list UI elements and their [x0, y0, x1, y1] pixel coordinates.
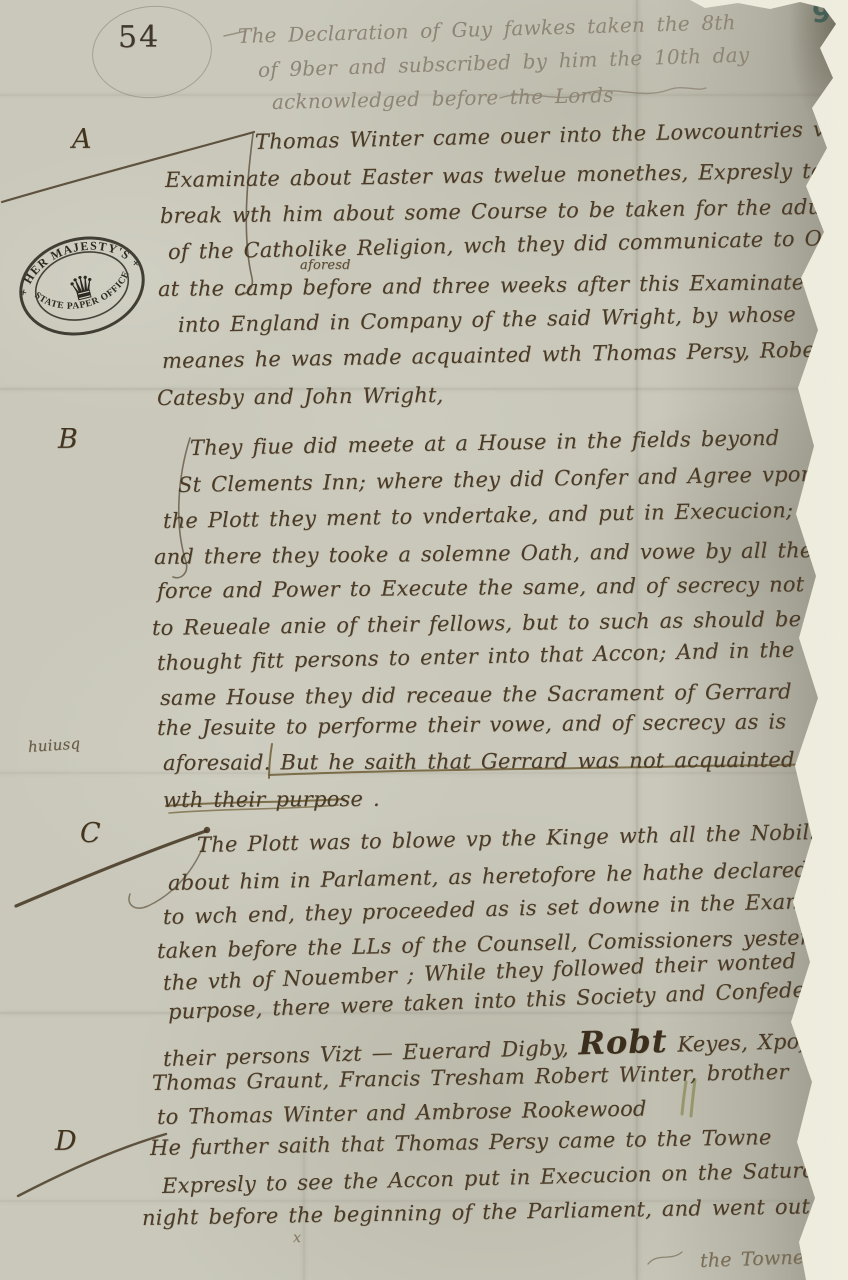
manuscript-line: They fiue did meete at a House in the fi…: [190, 426, 780, 460]
manuscript-line: wth their purpose .: [163, 787, 380, 812]
manuscript-line: He further saith that Thomas Persy came …: [150, 1125, 772, 1160]
manuscript-line: Examinate about Easter was twelue moneth…: [165, 159, 824, 192]
manuscript-line: meanes he was made acquainted wth Thomas…: [162, 337, 834, 373]
margin-letter-b: B: [58, 424, 78, 455]
manuscript-line: Catesby and John Wright,: [157, 383, 444, 410]
paper-sheet: 54 90 The Declaration of Guy fawkes take…: [0, 0, 848, 1280]
docket-header-line: of 9ber and subscribed by him the 10th d…: [258, 43, 750, 82]
manuscript-line: to wch end, they proceeded as is set dow…: [163, 887, 848, 929]
manuscript-line: about him in Parlament, as heretofore he…: [168, 858, 809, 895]
catchword-squiggle: [648, 1252, 682, 1264]
manuscript-line: Thomas Winter came ouer into the Lowcoun…: [255, 115, 848, 154]
folio-number: 54: [118, 20, 160, 55]
docket-header-line: The Declaration of Guy fawkes taken the …: [238, 10, 736, 48]
margin-flourish-d: [18, 1134, 166, 1196]
manuscript-line: Expresly to see the Accon put in Execuci…: [162, 1157, 848, 1198]
state-paper-office-stamp: + HER MAJESTY'S + STATE PAPER OFFICE ♛: [0, 213, 164, 359]
margin-note: huiusq: [27, 734, 80, 756]
stray-pen-mark: x: [293, 1230, 301, 1246]
manuscript-line: St Clements Inn; where they did Confer a…: [178, 462, 815, 497]
margin-letter-a: A: [72, 124, 92, 155]
margin-letter-d: D: [55, 1126, 77, 1157]
catchword: the Towne: [700, 1246, 805, 1272]
manuscript-line: force and Power to Execute the same, and…: [157, 572, 805, 603]
manuscript-line: to Thomas Winter and Ambrose Rookewood: [157, 1096, 647, 1129]
manuscript-line: to Reueale anie of their fellows, but to…: [152, 607, 802, 640]
manuscript-line: same House they did receaue the Sacramen…: [160, 679, 792, 710]
manuscript-line: into England in Company of the said Wrig…: [178, 302, 796, 337]
manuscript-line: of the Catholike Religion, wch they did …: [168, 225, 848, 264]
interlinear-insertion: aforesd: [300, 258, 351, 273]
manuscript-page: 54 90 The Declaration of Guy fawkes take…: [0, 0, 848, 1280]
manuscript-line: the Jesuite to performe their vowe, and …: [157, 709, 787, 740]
docket-header-line: acknowledged before the Lords: [272, 83, 614, 114]
manuscript-line: the Plott they ment to vndertake, and pu…: [163, 498, 794, 533]
manuscript-line: and there they tooke a solemne Oath, and…: [154, 538, 830, 569]
manuscript-line: The Plott was to blowe vp the Kinge wth …: [197, 819, 845, 857]
manuscript-line: break wth him about some Course to be ta…: [160, 193, 848, 228]
manuscript-line: at the camp before and three weeks after…: [158, 269, 848, 301]
margin-letter-c: C: [80, 818, 101, 849]
manuscript-line: thought fitt persons to enter into that …: [157, 638, 795, 675]
manuscript-line: aforesaid. But he saith that Gerrard was…: [163, 748, 795, 775]
conspirator-name-emphasized: Robt: [578, 1022, 668, 1062]
